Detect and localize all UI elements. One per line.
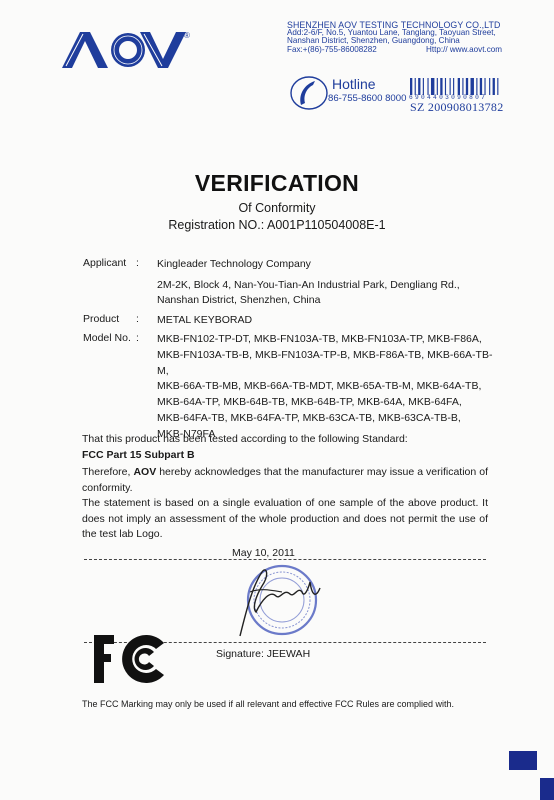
standard: FCC Part 15 Subpart B — [82, 448, 488, 464]
therefore-prefix: Therefore, — [82, 466, 133, 478]
aov-logo: ® — [60, 28, 190, 70]
colon: : — [136, 313, 139, 325]
product-label: Product — [83, 313, 119, 325]
model-line: MKB-64FA-TB, MKB-64FA-TP, MKB-63CA-TB, M… — [157, 411, 502, 427]
applicant-label: Applicant — [83, 257, 126, 269]
fcc-logo-icon — [92, 633, 172, 685]
hotline-number: 86-755-8600 8000 — [328, 93, 406, 104]
company-stamp-icon — [226, 552, 330, 648]
barcode — [410, 78, 506, 95]
signature-label: Signature: JEEWAH — [216, 648, 310, 660]
applicant-address-line1: 2M-2K, Block 4, Nan-You-Tian-An Industri… — [157, 278, 502, 294]
hotline-label: Hotline — [332, 76, 376, 92]
phone-icon — [289, 76, 329, 110]
applicant-address-line2: Nanshan District, Shenzhen, China — [157, 293, 502, 309]
document-subtitle: Of Conformity — [0, 201, 554, 215]
serial-number: SZ 200908013782 — [410, 100, 504, 115]
model-label: Model No. — [83, 332, 131, 344]
model-list: MKB-FN102-TP-DT, MKB-FN103A-TB, MKB-FN10… — [157, 332, 502, 443]
model-line: MKB-66A-TB-MB, MKB-66A-TB-MDT, MKB-65A-T… — [157, 379, 502, 395]
colon: : — [136, 257, 139, 269]
company-fax: Fax:+(86)-755-86008282 — [287, 46, 377, 54]
colon: : — [136, 332, 139, 344]
decorative-block — [509, 751, 537, 770]
evaluation-statement: The statement is based on a single evalu… — [82, 496, 488, 543]
model-line: MKB-FN102-TP-DT, MKB-FN103A-TB, MKB-FN10… — [157, 332, 502, 348]
svg-text:®: ® — [184, 31, 190, 40]
product-value: METAL KEYBORAD — [157, 313, 502, 329]
fcc-marking-note: The FCC Marking may only be used if all … — [82, 699, 454, 709]
company-info: SHENZHEN AOV TESTING TECHNOLOGY CO.,LTD … — [287, 21, 517, 54]
document-title: VERIFICATION — [0, 170, 554, 197]
company-website: Http:// www.aovt.com — [426, 46, 502, 54]
tested-statement: That this product has been tested accord… — [82, 432, 488, 448]
decorative-block — [540, 778, 554, 800]
model-line: MKB-FN103A-TB-B, MKB-FN103A-TP-B, MKB-F8… — [157, 348, 502, 380]
applicant-name: Kingleader Technology Company — [157, 257, 502, 273]
therefore-brand: AOV — [133, 466, 156, 478]
registration-number: Registration NO.: A001P110504008E-1 — [0, 218, 554, 232]
therefore-statement: Therefore, AOV hereby acknowledges that … — [82, 465, 488, 496]
model-line: MKB-64A-TP, MKB-64B-TB, MKB-64B-TP, MKB-… — [157, 395, 502, 411]
